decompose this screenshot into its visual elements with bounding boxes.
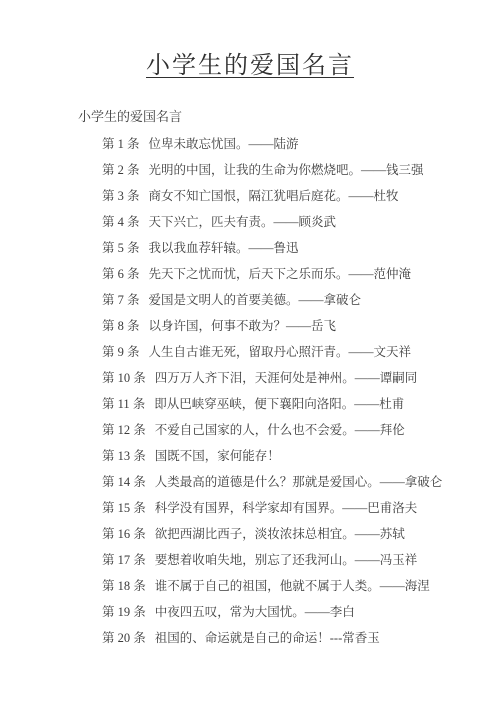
quote-number: 第 8 条 (102, 313, 140, 339)
quote-number: 第 6 条 (102, 261, 140, 287)
quote-number: 第 12 条 (102, 417, 146, 443)
quote-number: 第 1 条 (102, 131, 140, 157)
quote-item: 第 1 条位卑未敢忘忧国。——陆游 (102, 131, 500, 157)
quote-text: 不爱自己国家的人，什么也不会爱。——拜伦 (155, 423, 405, 437)
quote-item: 第 12 条不爱自己国家的人，什么也不会爱。——拜伦 (102, 417, 500, 443)
quote-number: 第 4 条 (102, 209, 140, 235)
quote-text: 祖国的、命运就是自己的命运！---常香玉 (155, 631, 380, 645)
quote-item: 第 10 条四万万人齐下泪，天涯何处是神州。——谭嗣同 (102, 365, 500, 391)
quote-text: 以身许国，何事不敢为？——岳飞 (149, 319, 337, 333)
quote-text: 科学没有国界，科学家却有国界。——巴甫洛夫 (155, 501, 418, 515)
quote-number: 第 7 条 (102, 287, 140, 313)
quote-list: 第 1 条位卑未敢忘忧国。——陆游第 2 条光明的中国，让我的生命为你燃烧吧。—… (102, 131, 500, 651)
quote-number: 第 16 条 (102, 521, 146, 547)
quote-item: 第 20 条祖国的、命运就是自己的命运！---常香玉 (102, 625, 500, 651)
quote-number: 第 14 条 (102, 469, 146, 495)
quote-text: 先天下之忧而忧，后天下之乐而乐。——范仲淹 (149, 267, 412, 281)
quote-item: 第 4 条天下兴亡，匹夫有责。——顾炎武 (102, 209, 500, 235)
document-page: 小学生的爱国名言 小学生的爱国名言 第 1 条位卑未敢忘忧国。——陆游第 2 条… (0, 0, 500, 707)
quote-text: 天下兴亡，匹夫有责。——顾炎武 (149, 215, 337, 229)
quote-number: 第 18 条 (102, 573, 146, 599)
quote-text: 中夜四五叹，常为大国忧。——李白 (155, 605, 355, 619)
document-title-text: 小学生的爱国名言 (146, 53, 354, 79)
quote-text: 人生自古谁无死，留取丹心照汗青。——文天祥 (149, 345, 412, 359)
quote-text: 我以我血荐轩辕。——鲁迅 (149, 241, 299, 255)
quote-item: 第 8 条以身许国，何事不敢为？——岳飞 (102, 313, 500, 339)
quote-text: 四万万人齐下泪，天涯何处是神州。——谭嗣同 (155, 371, 418, 385)
quote-number: 第 2 条 (102, 157, 140, 183)
quote-item: 第 2 条光明的中国，让我的生命为你燃烧吧。——钱三强 (102, 157, 500, 183)
quote-text: 欲把西湖比西子，淡妆浓抹总相宜。——苏轼 (155, 527, 405, 541)
quote-number: 第 11 条 (102, 391, 145, 417)
quote-text: 国既不国，家何能存！ (155, 449, 280, 463)
quote-item: 第 18 条谁不属于自己的祖国，他就不属于人类。——海涅 (102, 573, 500, 599)
section-heading: 小学生的爱国名言 (78, 110, 500, 124)
quote-item: 第 6 条先天下之忧而忧，后天下之乐而乐。——范仲淹 (102, 261, 500, 287)
quote-text: 要想着收咱失地，别忘了还我河山。——冯玉祥 (155, 553, 418, 567)
quote-item: 第 15 条科学没有国界，科学家却有国界。——巴甫洛夫 (102, 495, 500, 521)
quote-item: 第 14 条人类最高的道德是什么？那就是爱国心。——拿破仑 (102, 469, 500, 495)
quote-number: 第 20 条 (102, 625, 146, 651)
quote-number: 第 10 条 (102, 365, 146, 391)
quote-item: 第 5 条我以我血荐轩辕。——鲁迅 (102, 235, 500, 261)
quote-number: 第 5 条 (102, 235, 140, 261)
quote-text: 人类最高的道德是什么？那就是爱国心。——拿破仑 (155, 475, 443, 489)
quote-text: 爱国是文明人的首要美德。——拿破仑 (149, 293, 362, 307)
quote-text: 位卑未敢忘忧国。——陆游 (149, 137, 299, 151)
quote-item: 第 16 条欲把西湖比西子，淡妆浓抹总相宜。——苏轼 (102, 521, 500, 547)
quote-text: 商女不知亡国恨，隔江犹唱后庭花。——杜牧 (149, 189, 399, 203)
quote-text: 光明的中国，让我的生命为你燃烧吧。——钱三强 (149, 163, 424, 177)
quote-number: 第 3 条 (102, 183, 140, 209)
quote-text: 谁不属于自己的祖国，他就不属于人类。——海涅 (155, 579, 430, 593)
quote-item: 第 9 条人生自古谁无死，留取丹心照汗青。——文天祥 (102, 339, 500, 365)
quote-item: 第 13 条国既不国，家何能存！ (102, 443, 500, 469)
quote-item: 第 11 条即从巴峡穿巫峡，便下襄阳向洛阳。——杜甫 (102, 391, 500, 417)
quote-item: 第 19 条中夜四五叹，常为大国忧。——李白 (102, 599, 500, 625)
quote-item: 第 7 条爱国是文明人的首要美德。——拿破仑 (102, 287, 500, 313)
quote-item: 第 3 条商女不知亡国恨，隔江犹唱后庭花。——杜牧 (102, 183, 500, 209)
quote-number: 第 19 条 (102, 599, 146, 625)
quote-number: 第 17 条 (102, 547, 146, 573)
document-title: 小学生的爱国名言 (0, 0, 500, 81)
quote-text: 即从巴峡穿巫峡，便下襄阳向洛阳。——杜甫 (154, 397, 404, 411)
quote-item: 第 17 条要想着收咱失地，别忘了还我河山。——冯玉祥 (102, 547, 500, 573)
quote-number: 第 15 条 (102, 495, 146, 521)
quote-number: 第 9 条 (102, 339, 140, 365)
quote-number: 第 13 条 (102, 443, 146, 469)
